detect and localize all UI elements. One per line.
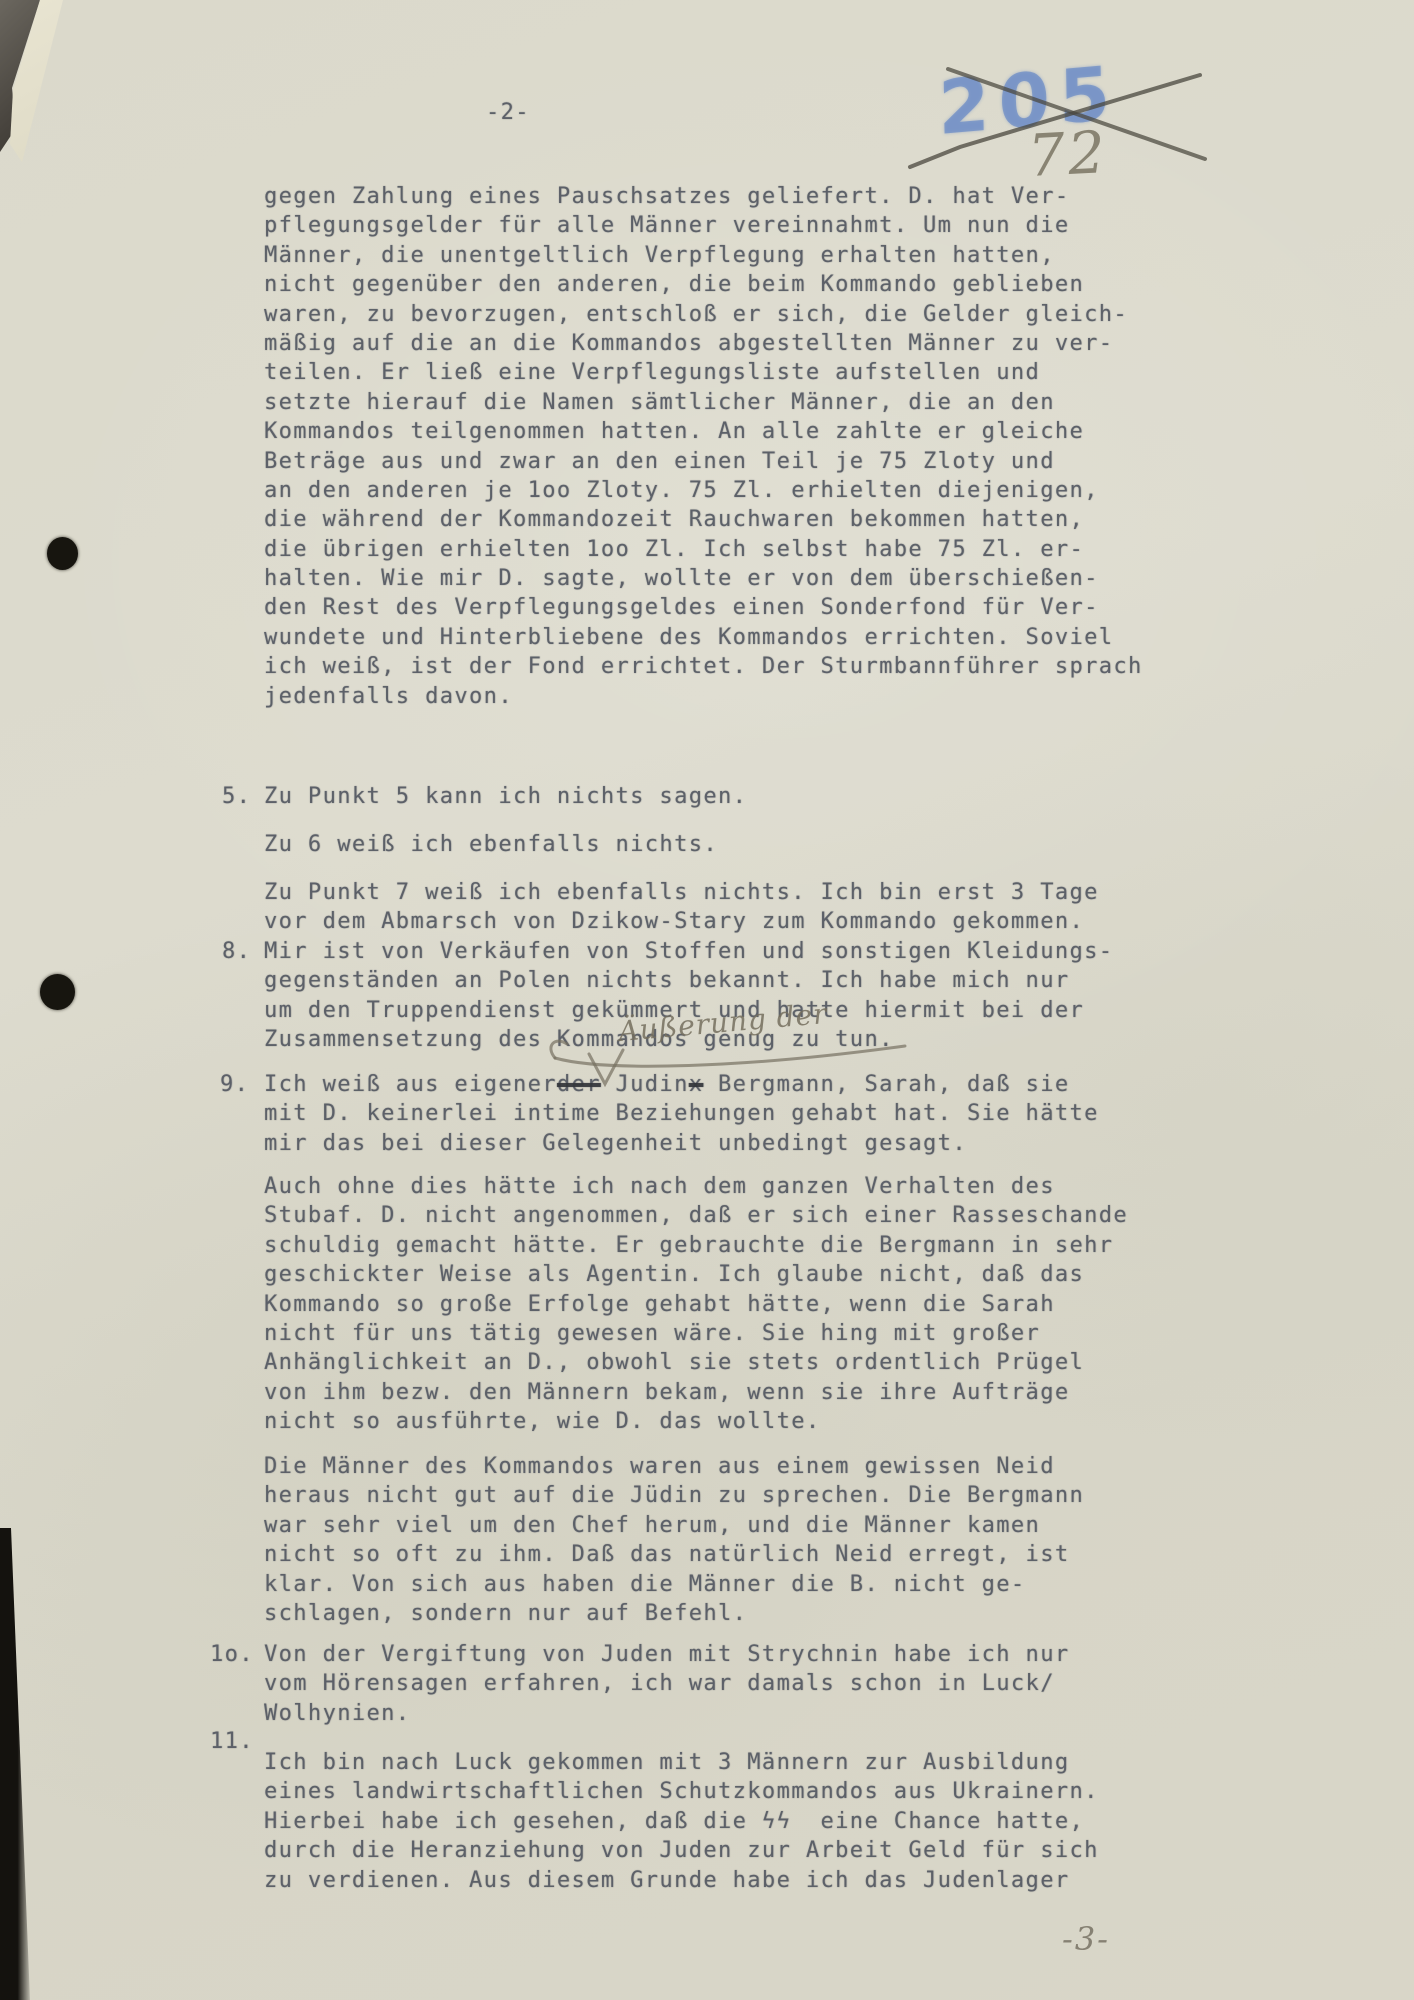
typed-line: zu verdienen. Aus diesem Grunde habe ich… <box>264 1866 1099 1895</box>
typed-line: setzte hierauf die Namen sämtlicher Männ… <box>264 388 1143 417</box>
typed-line: Zu Punkt 5 kann ich nichts sagen. <box>264 782 747 811</box>
typed-line: Hierbei habe ich gesehen, daß die ϟϟ ein… <box>264 1807 1099 1836</box>
typed-line: klar. Von sich aus haben die Männer die … <box>264 1570 1084 1599</box>
typed-line: Beträge aus und zwar an den einen Teil j… <box>264 447 1143 476</box>
item-number: 9. <box>220 1070 249 1099</box>
typed-line: mit D. keinerlei intime Beziehungen geha… <box>264 1099 1099 1128</box>
paragraph-item11: Ich bin nach Luck gekommen mit 3 Männern… <box>264 1748 1099 1895</box>
typed-line: Kommandos teilgenommen hatten. An alle z… <box>264 417 1143 446</box>
typed-text: Judin <box>601 1072 689 1097</box>
typed-line: Kommando so große Erfolge gehabt hätte, … <box>264 1290 1128 1319</box>
typed-line: vor dem Abmarsch von Dzikow-Stary zum Ko… <box>264 907 1099 936</box>
typed-line: nicht so oft zu ihm. Daß das natürlich N… <box>264 1540 1084 1569</box>
typed-line: nicht gegenüber den anderen, die beim Ko… <box>264 270 1143 299</box>
typed-line: Ich bin nach Luck gekommen mit 3 Männern… <box>264 1748 1099 1777</box>
page-number: -2- <box>486 100 530 125</box>
paragraph-item10: Von der Vergiftung von Juden mit Strychn… <box>264 1640 1069 1728</box>
left-edge-shadow <box>0 1528 32 2000</box>
typed-line: Auch ohne dies hätte ich nach dem ganzen… <box>264 1172 1128 1201</box>
struck-text: x <box>689 1072 704 1097</box>
typed-line: Die Männer des Kommandos waren aus einem… <box>264 1452 1084 1481</box>
typed-line: ich weiß, ist der Fond errichtet. Der St… <box>264 652 1143 681</box>
paragraph-item9: Ich weiß aus eigenerder Judinx Bergmann,… <box>264 1070 1099 1158</box>
item-number: 1o. <box>210 1640 254 1669</box>
typed-line: teilen. Er ließ eine Verpflegungsliste a… <box>264 358 1143 387</box>
punch-hole <box>47 537 78 570</box>
typed-line: Männer, die unentgeltlich Verpflegung er… <box>264 241 1143 270</box>
scanned-document-page: -2- 205 72 gegen Zahlung eines Pauschsat… <box>0 0 1414 2000</box>
typed-line: pflegungsgelder für alle Männer vereinna… <box>264 211 1143 240</box>
typed-line: waren, zu bevorzugen, entschloß er sich,… <box>264 300 1143 329</box>
typed-line: Anhänglichkeit an D., obwohl sie stets o… <box>264 1348 1128 1377</box>
pencil-folio-number: 72 <box>1026 118 1109 190</box>
typed-line: heraus nicht gut auf die Jüdin zu sprech… <box>264 1481 1084 1510</box>
typed-line: Von der Vergiftung von Juden mit Strychn… <box>264 1640 1069 1669</box>
struck-text: der <box>557 1072 601 1097</box>
item-number: 8. <box>222 937 251 966</box>
typed-line: schuldig gemacht hätte. Er gebrauchte di… <box>264 1231 1128 1260</box>
typed-text: Bergmann, Sarah, daß sie <box>703 1072 1069 1097</box>
paragraph-item7: Zu Punkt 7 weiß ich ebenfalls nichts. Ic… <box>264 878 1099 937</box>
typed-line: den Rest des Verpflegungsgeldes einen So… <box>264 593 1143 622</box>
paragraph-item6: Zu 6 weiß ich ebenfalls nichts. <box>264 830 718 859</box>
paragraph-item5: Zu Punkt 5 kann ich nichts sagen. <box>264 782 747 811</box>
typed-line: gegen Zahlung eines Pauschsatzes geliefe… <box>264 182 1143 211</box>
typed-line: vom Hörensagen erfahren, ich war damals … <box>264 1669 1069 1698</box>
paragraph-item9-2: Auch ohne dies hätte ich nach dem ganzen… <box>264 1172 1128 1437</box>
paragraph-item9-3: Die Männer des Kommandos waren aus einem… <box>264 1452 1084 1628</box>
typed-line: nicht für uns tätig gewesen wäre. Sie hi… <box>264 1319 1128 1348</box>
typed-text: Ich weiß aus eigener <box>264 1072 557 1097</box>
punch-hole <box>40 974 75 1010</box>
typed-line: nicht so ausführte, wie D. das wollte. <box>264 1407 1128 1436</box>
typed-line: mir das bei dieser Gelegenheit unbedingt… <box>264 1129 1099 1158</box>
paragraph-continuation: gegen Zahlung eines Pauschsatzes geliefe… <box>264 182 1143 711</box>
typed-line: Stubaf. D. nicht angenommen, daß er sich… <box>264 1201 1128 1230</box>
item-number: 11. <box>210 1727 254 1756</box>
typed-line: Wolhynien. <box>264 1699 1069 1728</box>
typed-line: die während der Kommandozeit Rauchwaren … <box>264 505 1143 534</box>
typed-line: schlagen, sondern nur auf Befehl. <box>264 1599 1084 1628</box>
typed-line-with-corrections: Ich weiß aus eigenerder Judinx Bergmann,… <box>264 1070 1099 1099</box>
typed-line: Zu 6 weiß ich ebenfalls nichts. <box>264 830 718 859</box>
typed-line: an den anderen je 1oo Zloty. 75 Zl. erhi… <box>264 476 1143 505</box>
typed-line: mäßig auf die an die Kommandos abgestell… <box>264 329 1143 358</box>
typed-line: eines landwirtschaftlichen Schutzkommand… <box>264 1777 1099 1806</box>
typed-line: wundete und Hinterbliebene des Kommandos… <box>264 623 1143 652</box>
typed-line: Mir ist von Verkäufen von Stoffen und so… <box>264 937 1113 966</box>
typed-line: gegenständen an Polen nichts bekannt. Ic… <box>264 966 1113 995</box>
typed-line: durch die Heranziehung von Juden zur Arb… <box>264 1836 1099 1865</box>
item-number: 5. <box>222 782 251 811</box>
typed-line: die übrigen erhielten 1oo Zl. Ich selbst… <box>264 535 1143 564</box>
typed-line: halten. Wie mir D. sagte, wollte er von … <box>264 564 1143 593</box>
typed-line: Zu Punkt 7 weiß ich ebenfalls nichts. Ic… <box>264 878 1099 907</box>
typed-line: jedenfalls davon. <box>264 682 1143 711</box>
typed-line: war sehr viel um den Chef herum, und die… <box>264 1511 1084 1540</box>
typed-line: geschickter Weise als Agentin. Ich glaub… <box>264 1260 1128 1289</box>
next-page-number: -3- <box>1062 1920 1110 1958</box>
typed-line: von ihm bezw. den Männern bekam, wenn si… <box>264 1378 1128 1407</box>
